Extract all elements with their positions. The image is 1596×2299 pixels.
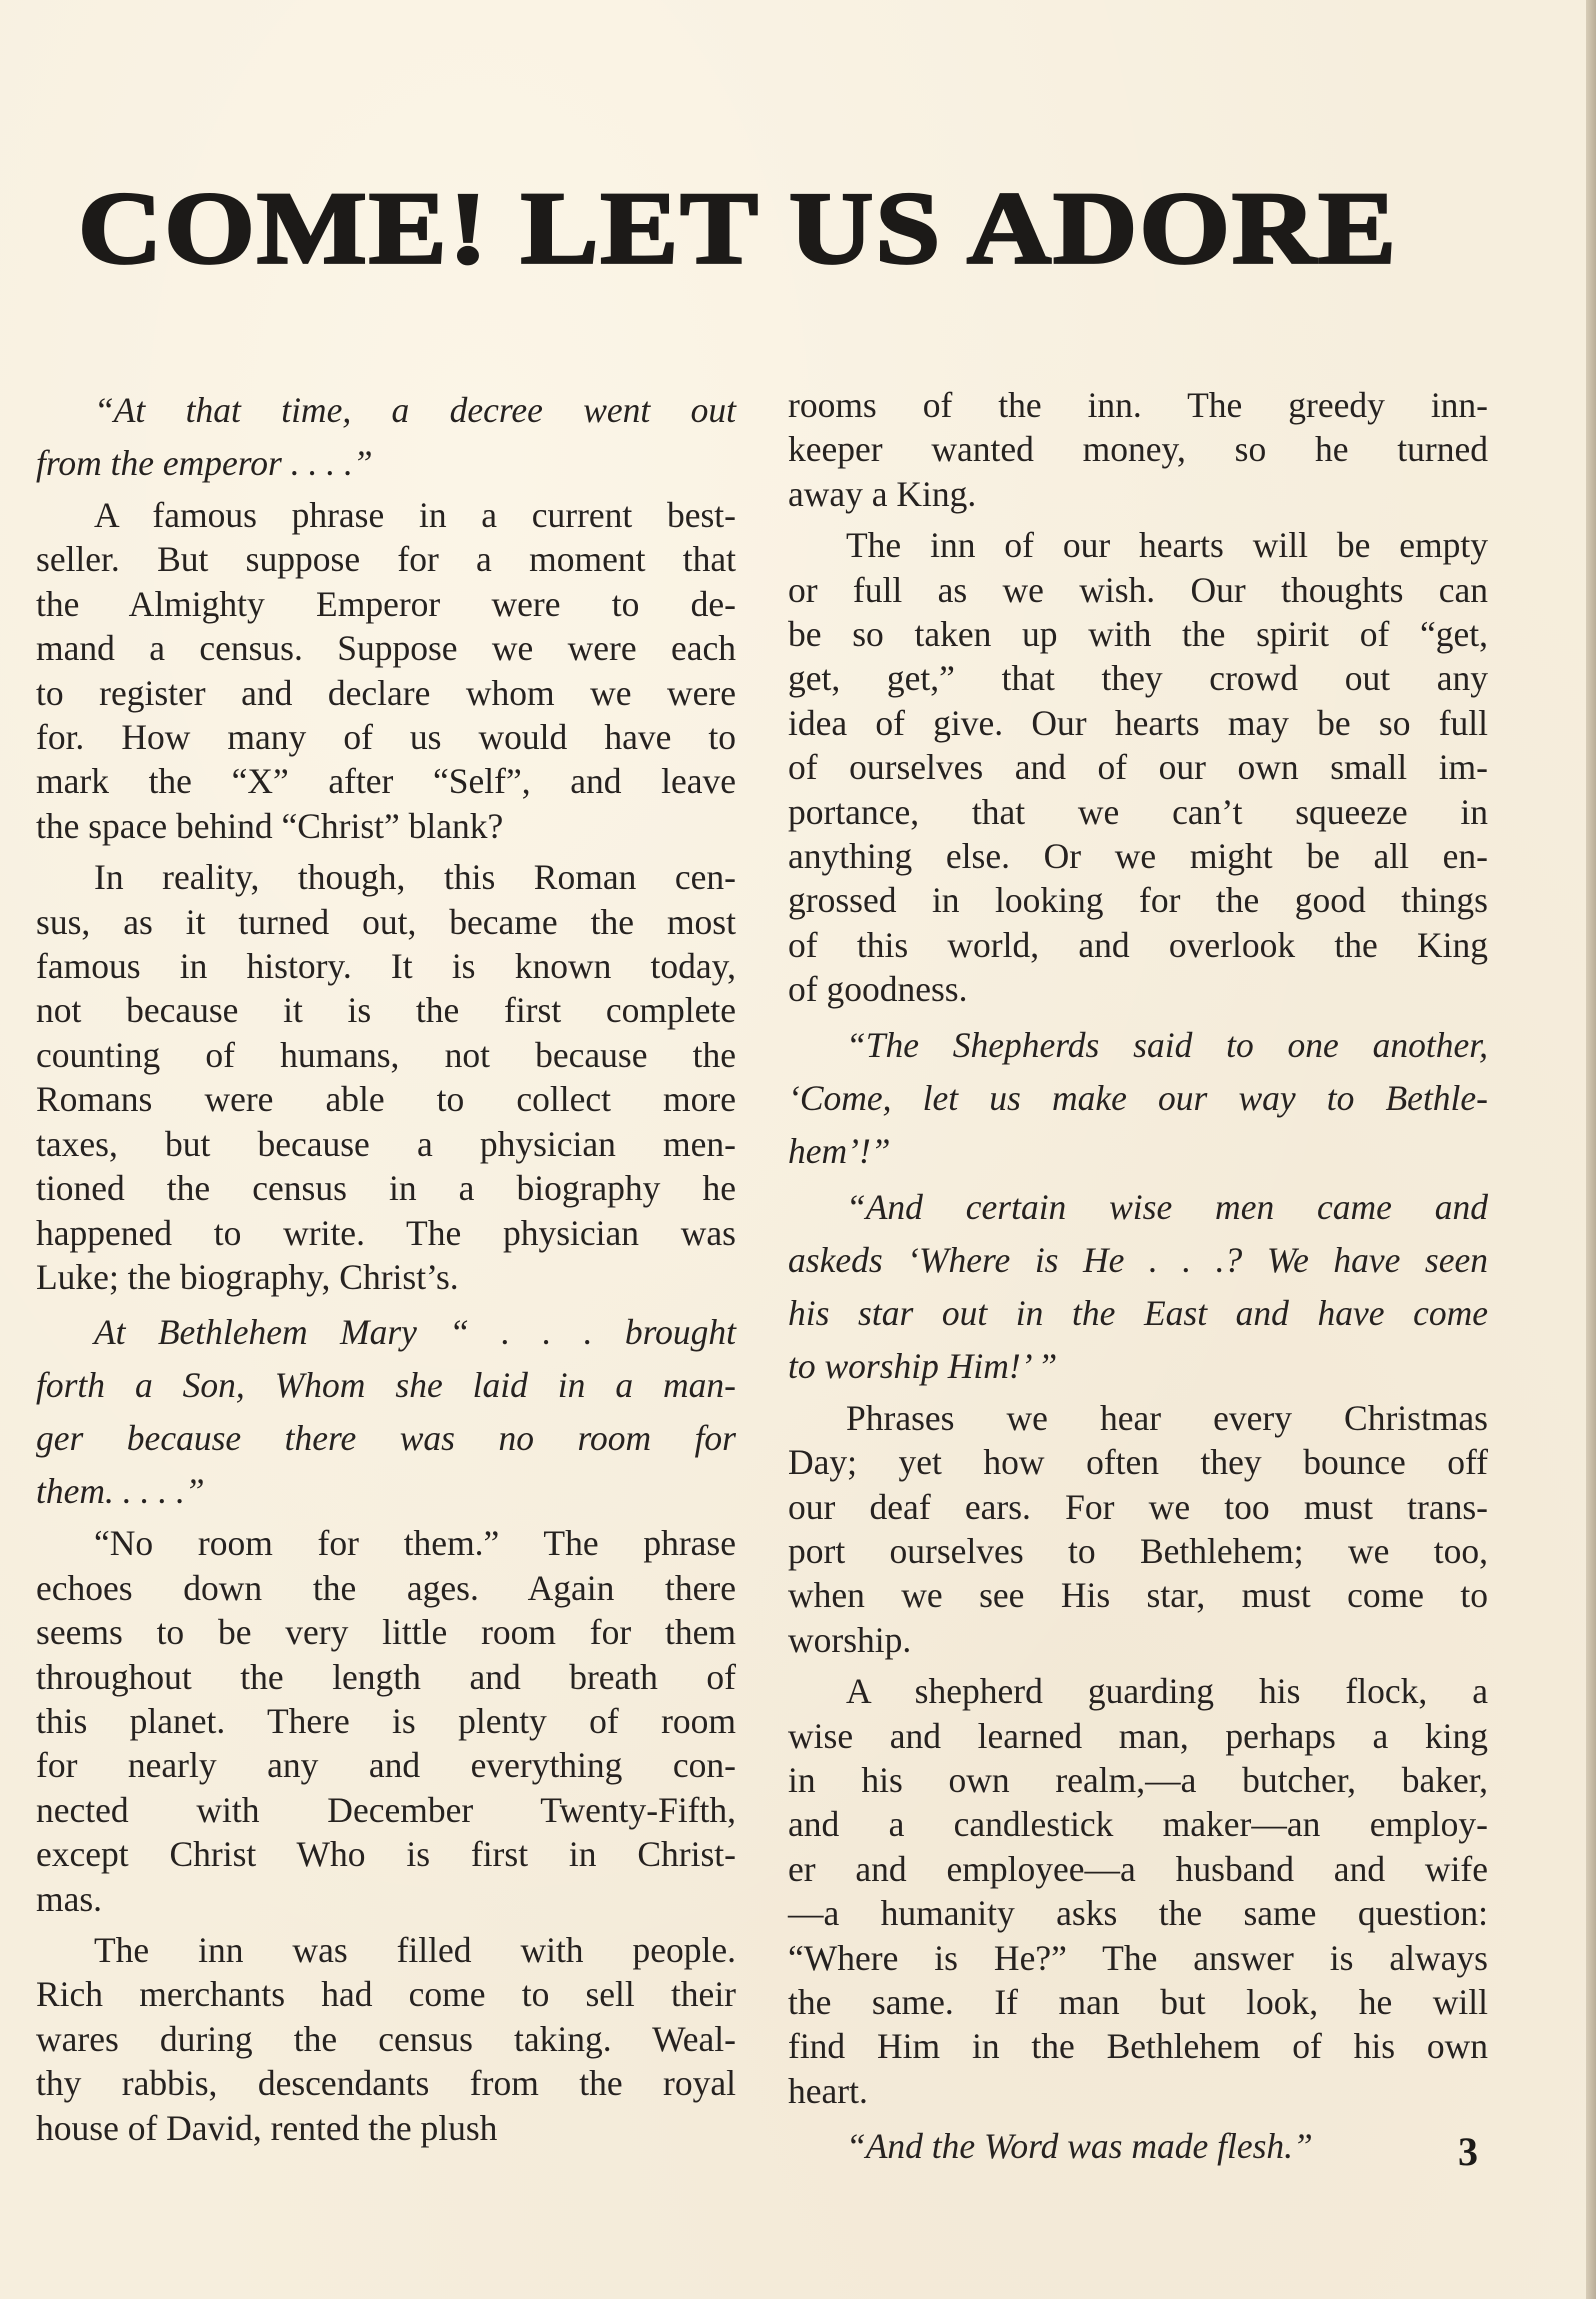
text-line: A famous phrase in a current best-: [36, 493, 736, 537]
text-line: “At that time, a decree went out: [36, 384, 736, 437]
body-paragraph: Phrases we hear every ChristmasDay; yet …: [788, 1396, 1488, 1662]
text-line: echoes down the ages. Again there: [36, 1566, 736, 1610]
text-line: in his own realm,—a butcher, baker,: [788, 1758, 1488, 1802]
body-paragraph: The inn of our hearts will be emptyor fu…: [788, 523, 1488, 1011]
text-line: wise and learned man, perhaps a king: [788, 1714, 1488, 1758]
text-line: grossed in looking for the good things: [788, 878, 1488, 922]
text-line: our deaf ears. For we too must trans-: [788, 1485, 1488, 1529]
text-line: port ourselves to Bethlehem; we too,: [788, 1529, 1488, 1573]
text-line: find Him in the Bethlehem of his own: [788, 2024, 1488, 2068]
body-paragraph: A shepherd guarding his flock, awise and…: [788, 1669, 1488, 2113]
text-line: away a King.: [788, 472, 1488, 516]
text-line: The inn of our hearts will be empty: [788, 523, 1488, 567]
text-line: ger because there was no room for: [36, 1412, 736, 1465]
text-line: or full as we wish. Our thoughts can: [788, 568, 1488, 612]
text-line: A shepherd guarding his flock, a: [788, 1669, 1488, 1713]
text-line: throughout the length and breath of: [36, 1655, 736, 1699]
text-line: “And the Word was made flesh.”: [788, 2120, 1488, 2173]
text-line: Romans were able to collect more: [36, 1077, 736, 1121]
text-line: worship.: [788, 1618, 1488, 1662]
right-column: rooms of the inn. The greedy inn-keeper …: [788, 383, 1488, 2176]
body-paragraph: The inn was filled with people.Rich merc…: [36, 1928, 736, 2150]
text-line: ‘Come, let us make our way to Bethle-: [788, 1072, 1488, 1125]
text-line: the Almighty Emperor were to de-: [36, 582, 736, 626]
text-line: sus, as it turned out, became the most: [36, 900, 736, 944]
text-line: At Bethlehem Mary “ . . . brought: [36, 1306, 736, 1359]
text-line: of ourselves and of our own small im-: [788, 745, 1488, 789]
text-line: his star out in the East and have come: [788, 1287, 1488, 1340]
text-line: rooms of the inn. The greedy inn-: [788, 383, 1488, 427]
text-line: Phrases we hear every Christmas: [788, 1396, 1488, 1440]
text-line: In reality, though, this Roman cen-: [36, 855, 736, 899]
text-line: famous in history. It is known today,: [36, 944, 736, 988]
text-line: hem’!”: [788, 1125, 1488, 1178]
text-line: seems to be very little room for them: [36, 1610, 736, 1654]
body-paragraph: rooms of the inn. The greedy inn-keeper …: [788, 383, 1488, 516]
text-line: “No room for them.” The phrase: [36, 1521, 736, 1565]
text-line: Rich merchants had come to sell their: [36, 1972, 736, 2016]
text-line: taxes, but because a physician men-: [36, 1122, 736, 1166]
article-title: COME! LET US ADORE: [78, 178, 1492, 279]
text-line: not because it is the first complete: [36, 988, 736, 1032]
text-line: “Where is He?” The answer is always: [788, 1936, 1488, 1980]
text-line: idea of give. Our hearts may be so full: [788, 701, 1488, 745]
text-line: anything else. Or we might be all en-: [788, 834, 1488, 878]
text-line: when we see His star, must come to: [788, 1573, 1488, 1617]
text-line: thy rabbis, descendants from the royal: [36, 2061, 736, 2105]
left-column: “At that time, a decree went outfrom the…: [36, 384, 736, 2157]
text-line: askeds ‘Where is He . . .? We have seen: [788, 1234, 1488, 1287]
text-line: get, get,” that they crowd out any: [788, 656, 1488, 700]
text-line: tioned the census in a biography he: [36, 1166, 736, 1210]
text-line: this planet. There is plenty of room: [36, 1699, 736, 1743]
page-edge: [1586, 0, 1596, 2299]
quote-paragraph: “The Shepherds said to one another,‘Come…: [788, 1019, 1488, 1178]
text-line: of this world, and overlook the King: [788, 923, 1488, 967]
text-line: portance, that we can’t squeeze in: [788, 790, 1488, 834]
text-line: them. . . . .”: [36, 1465, 736, 1518]
body-paragraph: “No room for them.” The phraseechoes dow…: [36, 1521, 736, 1921]
text-line: Luke; the biography, Christ’s.: [36, 1255, 736, 1299]
text-line: from the emperor . . . .”: [36, 437, 736, 490]
quote-paragraph: “And the Word was made flesh.”: [788, 2120, 1488, 2173]
text-line: wares during the census taking. Weal-: [36, 2017, 736, 2061]
quote-paragraph: “At that time, a decree went outfrom the…: [36, 384, 736, 490]
text-line: house of David, rented the plush: [36, 2106, 736, 2150]
quote-paragraph: At Bethlehem Mary “ . . . broughtforth a…: [36, 1306, 736, 1518]
text-line: except Christ Who is first in Christ-: [36, 1832, 736, 1876]
text-line: mark the “X” after “Self”, and leave: [36, 759, 736, 803]
text-line: for. How many of us would have to: [36, 715, 736, 759]
text-line: forth a Son, Whom she laid in a man-: [36, 1359, 736, 1412]
text-line: mand a census. Suppose we were each: [36, 626, 736, 670]
text-line: the space behind “Christ” blank?: [36, 804, 736, 848]
text-line: Day; yet how often they bounce off: [788, 1440, 1488, 1484]
text-line: “And certain wise men came and: [788, 1181, 1488, 1234]
text-line: seller. But suppose for a moment that: [36, 537, 736, 581]
text-line: mas.: [36, 1877, 736, 1921]
text-line: “The Shepherds said to one another,: [788, 1019, 1488, 1072]
magazine-page: COME! LET US ADORE “At that time, a decr…: [0, 0, 1596, 2299]
text-line: and a candlestick maker—an employ-: [788, 1802, 1488, 1846]
text-line: be so taken up with the spirit of “get,: [788, 612, 1488, 656]
quote-paragraph: “And certain wise men came andaskeds ‘Wh…: [788, 1181, 1488, 1393]
text-line: keeper wanted money, so he turned: [788, 427, 1488, 471]
text-line: nected with December Twenty-Fifth,: [36, 1788, 736, 1832]
text-line: the same. If man but look, he will: [788, 1980, 1488, 2024]
text-line: er and employee—a husband and wife: [788, 1847, 1488, 1891]
text-line: to register and declare whom we were: [36, 671, 736, 715]
body-paragraph: In reality, though, this Roman cen-sus, …: [36, 855, 736, 1299]
text-line: of goodness.: [788, 967, 1488, 1011]
text-line: heart.: [788, 2069, 1488, 2113]
text-line: The inn was filled with people.: [36, 1928, 736, 1972]
body-paragraph: A famous phrase in a current best-seller…: [36, 493, 736, 848]
page-number: 3: [1458, 2128, 1478, 2175]
text-line: to worship Him!’ ”: [788, 1340, 1488, 1393]
text-line: counting of humans, not because the: [36, 1033, 736, 1077]
text-line: happened to write. The physician was: [36, 1211, 736, 1255]
text-line: —a humanity asks the same question:: [788, 1891, 1488, 1935]
text-line: for nearly any and everything con-: [36, 1743, 736, 1787]
